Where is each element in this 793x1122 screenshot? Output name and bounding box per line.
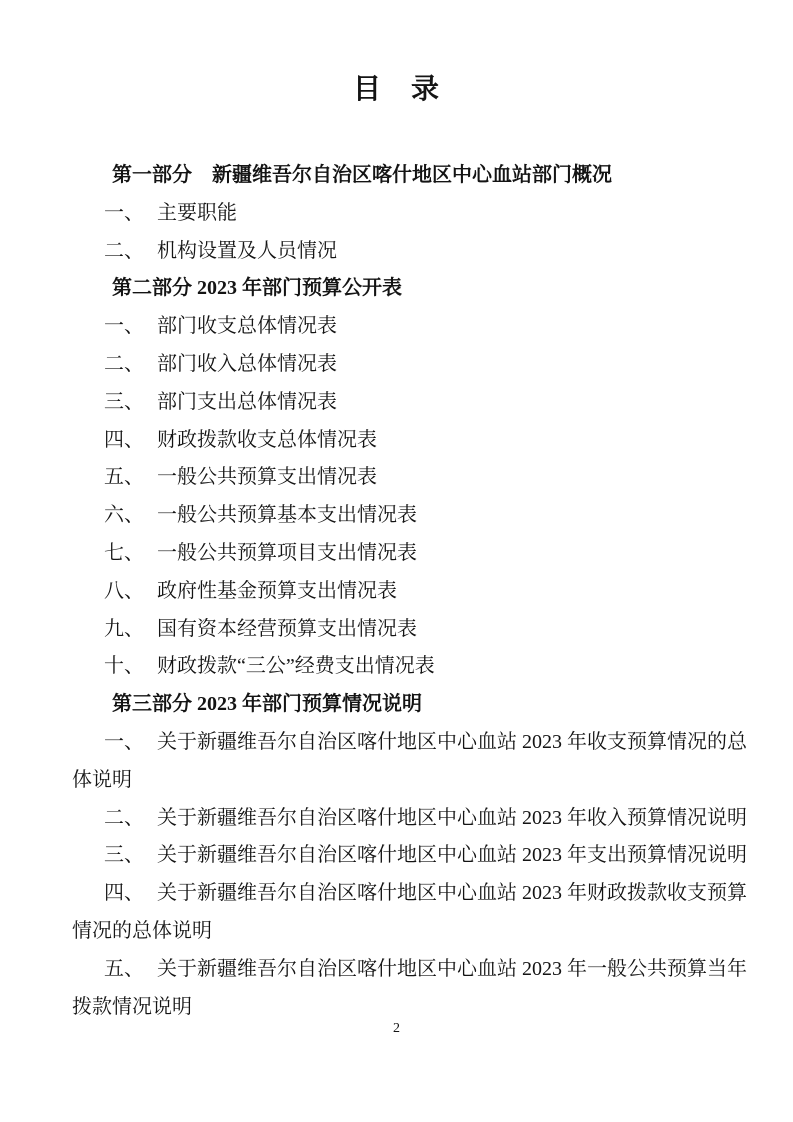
toc-item-text: 部门收入总体情况表	[157, 353, 337, 375]
toc-item: 六、一般公共预算基本支出情况表	[72, 497, 721, 535]
toc-item-number: 九、	[104, 618, 144, 640]
toc-item-text: 关于新疆维吾尔自治区喀什地区中心血站 2023 年一般公共预算当年	[157, 958, 747, 980]
toc-item-number: 五、	[104, 958, 144, 980]
toc-item: 二、部门收入总体情况表	[72, 346, 721, 384]
toc-item-number: 一、	[104, 731, 144, 753]
toc-item-text: 关于新疆维吾尔自治区喀什地区中心血站 2023 年支出预算情况说明	[157, 844, 747, 866]
toc-item: 八、政府性基金预算支出情况表	[72, 573, 721, 611]
toc-item-text: 部门支出总体情况表	[157, 391, 337, 413]
toc-item-continuation: 情况的总体说明	[72, 913, 721, 951]
toc-item-number: 一、	[104, 315, 144, 337]
toc-item: 二、机构设置及人员情况	[72, 233, 721, 271]
toc-item-text: 一般公共预算项目支出情况表	[157, 542, 417, 564]
toc-item: 四、财政拨款收支总体情况表	[72, 422, 721, 460]
toc-item-text: 部门收支总体情况表	[157, 315, 337, 337]
toc-item-number: 六、	[104, 504, 144, 526]
toc-item-number: 四、	[104, 882, 144, 904]
toc-item-text: 财政拨款收支总体情况表	[157, 429, 377, 451]
toc-item: 一、部门收支总体情况表	[72, 308, 721, 346]
toc-item-number: 八、	[104, 580, 144, 602]
toc-item-text: 国有资本经营预算支出情况表	[157, 618, 417, 640]
toc-item: 一、关于新疆维吾尔自治区喀什地区中心血站 2023 年收支预算情况的总	[72, 724, 721, 762]
toc-item-number: 一、	[104, 202, 144, 224]
toc-section-heading: 第三部分 2023 年部门预算情况说明	[72, 686, 721, 724]
toc-section-heading: 第一部分 新疆维吾尔自治区喀什地区中心血站部门概况	[72, 157, 721, 195]
toc-section-heading: 第二部分 2023 年部门预算公开表	[72, 270, 721, 308]
toc-item-text: 财政拨款“三公”经费支出情况表	[157, 655, 435, 677]
toc-item: 五、一般公共预算支出情况表	[72, 459, 721, 497]
toc-item-number: 三、	[104, 391, 144, 413]
toc-item: 七、一般公共预算项目支出情况表	[72, 535, 721, 573]
toc-item-number: 二、	[104, 807, 144, 829]
toc-item-text: 主要职能	[157, 202, 237, 224]
toc-item-text: 关于新疆维吾尔自治区喀什地区中心血站 2023 年收支预算情况的总	[157, 731, 747, 753]
toc-item-text: 关于新疆维吾尔自治区喀什地区中心血站 2023 年财政拨款收支预算	[157, 882, 747, 904]
toc-item-number: 二、	[104, 240, 144, 262]
toc-item-number: 三、	[104, 844, 144, 866]
toc-item: 一、主要职能	[72, 195, 721, 233]
toc-item-text: 一般公共预算基本支出情况表	[157, 504, 417, 526]
toc-item-number: 四、	[104, 429, 144, 451]
page-number: 2	[0, 1020, 793, 1038]
toc-item: 五、关于新疆维吾尔自治区喀什地区中心血站 2023 年一般公共预算当年	[72, 951, 721, 989]
toc-item-number: 十、	[104, 655, 144, 677]
toc-item: 三、关于新疆维吾尔自治区喀什地区中心血站 2023 年支出预算情况说明	[72, 837, 721, 875]
toc-item-number: 七、	[104, 542, 144, 564]
toc-item-text: 一般公共预算支出情况表	[157, 466, 377, 488]
document-page: 目 录 第一部分 新疆维吾尔自治区喀什地区中心血站部门概况一、主要职能二、机构设…	[0, 0, 793, 1122]
toc-item-number: 二、	[104, 353, 144, 375]
toc-item: 九、国有资本经营预算支出情况表	[72, 611, 721, 649]
toc-item: 二、关于新疆维吾尔自治区喀什地区中心血站 2023 年收入预算情况说明	[72, 800, 721, 838]
toc-item: 十、财政拨款“三公”经费支出情况表	[72, 648, 721, 686]
document-title: 目 录	[0, 72, 793, 108]
toc-item-text: 政府性基金预算支出情况表	[157, 580, 397, 602]
toc-item-text: 机构设置及人员情况	[157, 240, 337, 262]
toc-item: 三、部门支出总体情况表	[72, 384, 721, 422]
toc-item-number: 五、	[104, 466, 144, 488]
toc-item: 四、关于新疆维吾尔自治区喀什地区中心血站 2023 年财政拨款收支预算	[72, 875, 721, 913]
toc-item-text: 关于新疆维吾尔自治区喀什地区中心血站 2023 年收入预算情况说明	[157, 807, 747, 829]
toc: 第一部分 新疆维吾尔自治区喀什地区中心血站部门概况一、主要职能二、机构设置及人员…	[72, 157, 721, 1026]
toc-item-continuation: 体说明	[72, 762, 721, 800]
